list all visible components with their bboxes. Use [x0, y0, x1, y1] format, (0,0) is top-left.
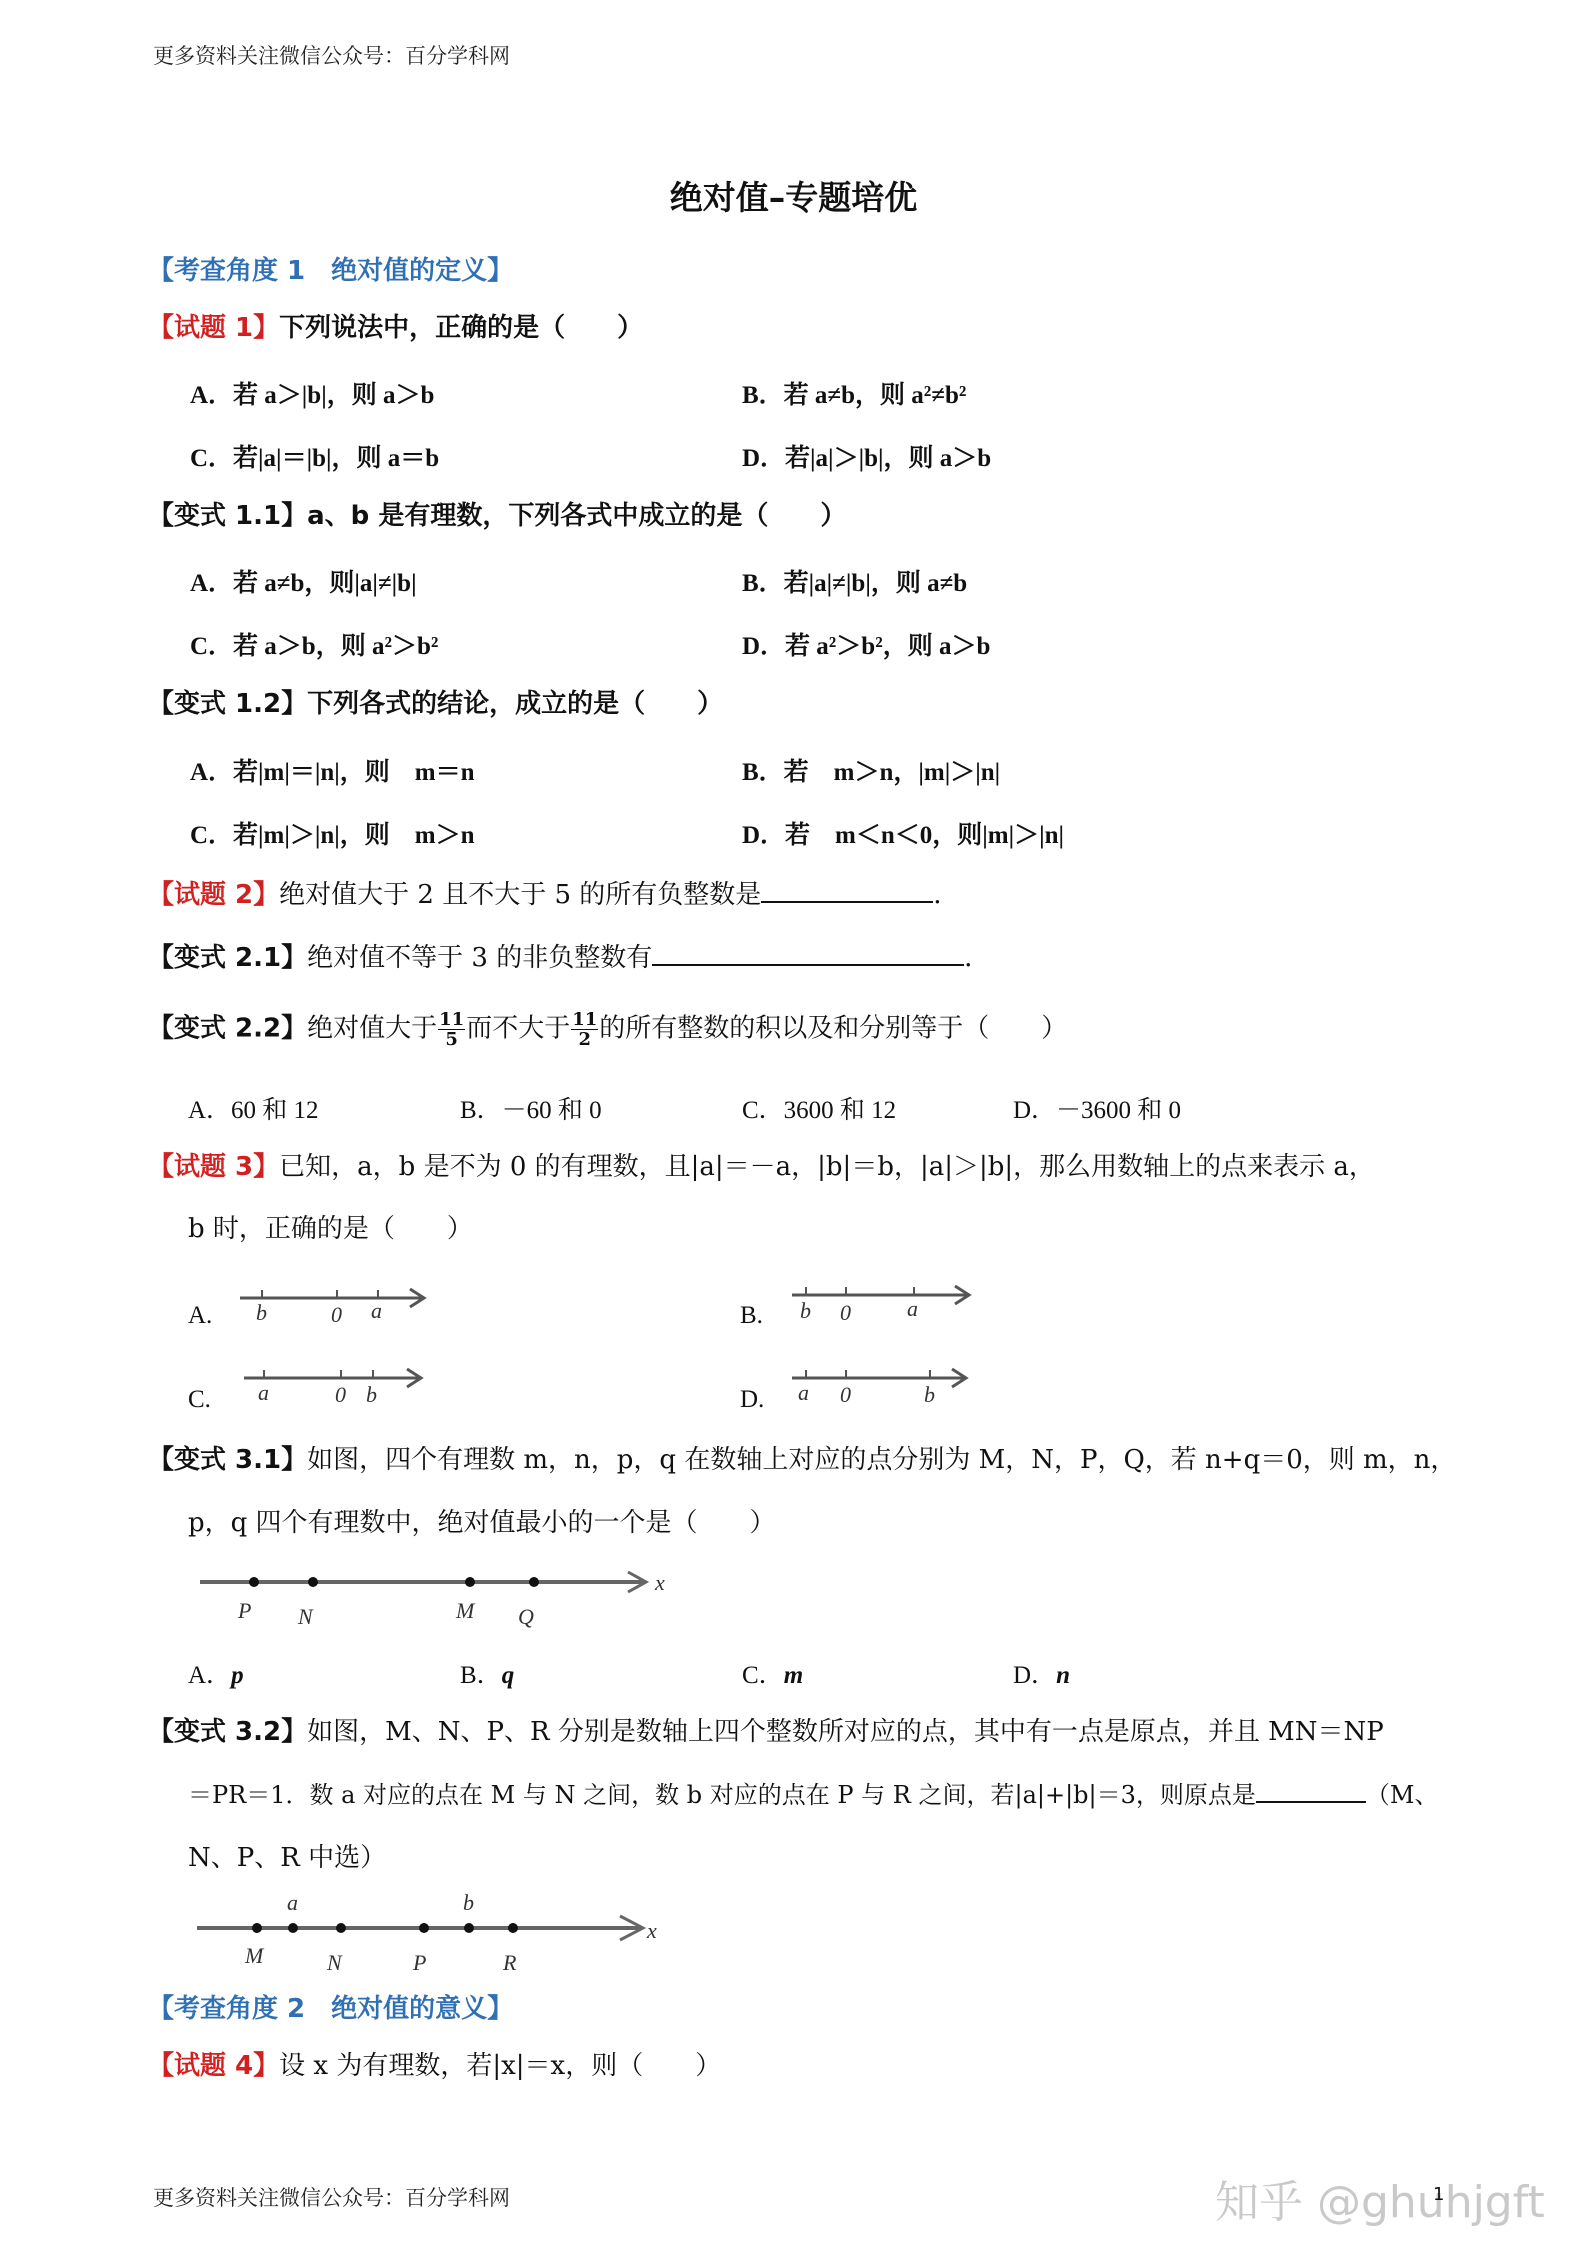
question-tag: 【变式 3.2】: [148, 1717, 307, 1747]
page-number: 1: [1433, 2184, 1444, 2205]
answer-blank[interactable]: [761, 877, 933, 903]
question-stem: 设 x 为有理数，若|x|＝x，则（ ）: [279, 2051, 721, 2081]
page-header: 更多资料关注微信公众号：百分学科网: [153, 40, 510, 70]
option-d[interactable]: D．若 m＜n＜0，则|m|＞|n|: [742, 815, 1064, 851]
section-heading-2: 【考查角度 2 绝对值的意义】: [148, 1988, 513, 2025]
svg-text:M: M: [455, 1598, 476, 1623]
question-tag: 【试题 4】: [148, 2051, 279, 2081]
svg-text:N: N: [326, 1950, 343, 1975]
question-stem-line2: ＝PR＝1．数 a 对应的点在 M 与 N 之间，数 b 对应的点在 P 与 R…: [188, 1779, 1438, 1811]
option-b[interactable]: B．若 a≠b，则 a²≠b²: [742, 375, 966, 411]
fraction-11-5: 115: [438, 1010, 465, 1049]
question-stem-line2: p，q 四个有理数中，绝对值最小的一个是（ ）: [188, 1507, 776, 1539]
option-c[interactable]: C．若|a|＝|b|，则 a＝b: [190, 438, 439, 474]
option-d[interactable]: D．若|a|＞|b|，则 a＞b: [742, 438, 991, 474]
option-a-label[interactable]: A.: [188, 1302, 212, 1330]
question-stem: 下列各式的结论，成立的是（ ）: [307, 689, 723, 719]
option-c[interactable]: C．若 a＞b，则 a²＞b²: [190, 626, 438, 662]
question-1: 【试题 1】下列说法中，正确的是（ ）: [148, 312, 643, 344]
question-stem: a、b 是有理数，下列各式中成立的是（ ）: [307, 501, 846, 531]
question-stem-line3: N、P、R 中选）: [188, 1842, 386, 1874]
stem-part: 而不大于: [466, 1014, 570, 1044]
option-b[interactable]: B．若|a|≠|b|，则 a≠b: [742, 563, 967, 599]
page-title: 绝对值–专题培优: [0, 172, 1587, 219]
variant-3-2: 【变式 3.2】如图，M、N、P、R 分别是数轴上四个整数所对应的点，其中有一点…: [148, 1716, 1384, 1748]
svg-text:a: a: [907, 1296, 918, 1321]
option-c-label[interactable]: C.: [188, 1386, 211, 1414]
variant-1-2: 【变式 1.2】下列各式的结论，成立的是（ ）: [148, 688, 723, 720]
option-a[interactable]: A．若 a＞|b|，则 a＞b: [190, 375, 434, 411]
svg-text:a: a: [258, 1380, 269, 1405]
option-a[interactable]: A．p: [188, 1655, 244, 1691]
variant-2-2: 【变式 2.2】绝对值大于115而不大于112的所有整数的积以及和分别等于（ ）: [148, 1010, 1067, 1049]
option-b[interactable]: B．若 m＞n，|m|＞|n|: [742, 752, 1000, 788]
watermark: 知乎 @ghuhjgft: [1215, 2166, 1545, 2230]
svg-text:b: b: [800, 1298, 811, 1323]
number-line-mnpq: x P N M Q: [198, 1560, 688, 1630]
svg-text:N: N: [297, 1604, 314, 1629]
svg-text:Q: Q: [518, 1604, 534, 1629]
variant-3-1: 【变式 3.1】如图，四个有理数 m，n，p，q 在数轴上对应的点分别为 M，N…: [148, 1444, 1456, 1476]
option-c[interactable]: C．若|m|＞|n|，则 m＞n: [190, 815, 475, 851]
option-d[interactable]: D．若 a²＞b²，则 a＞b: [742, 626, 990, 662]
question-tag: 【变式 2.1】: [148, 943, 307, 973]
question-tag: 【变式 1.1】: [148, 501, 307, 531]
variant-1-1: 【变式 1.1】a、b 是有理数，下列各式中成立的是（ ）: [148, 500, 846, 532]
svg-text:b: b: [924, 1382, 935, 1407]
page-footer: 更多资料关注微信公众号：百分学科网: [153, 2182, 510, 2212]
svg-text:b: b: [463, 1890, 474, 1915]
answer-blank[interactable]: [1256, 1779, 1366, 1803]
question-tag: 【试题 3】: [148, 1152, 279, 1182]
number-line-d[interactable]: a 0 b: [790, 1350, 990, 1410]
question-2: 【试题 2】绝对值大于 2 且不大于 5 的所有负整数是．: [148, 877, 959, 911]
option-c[interactable]: C．3600 和 12: [742, 1090, 896, 1126]
option-a[interactable]: A．若|m|＝|n|，则 m＝n: [190, 752, 475, 788]
answer-blank[interactable]: [652, 940, 964, 966]
svg-text:0: 0: [335, 1382, 346, 1407]
period: ．: [964, 943, 990, 973]
option-a[interactable]: A．若 a≠b，则|a|≠|b|: [190, 563, 417, 599]
question-4: 【试题 4】设 x 为有理数，若|x|＝x，则（ ）: [148, 2050, 721, 2082]
svg-text:b: b: [366, 1382, 377, 1407]
question-stem: 绝对值大于 2 且不大于 5 的所有负整数是: [279, 880, 761, 910]
option-d-label[interactable]: D.: [740, 1386, 764, 1414]
period: ．: [933, 880, 959, 910]
question-stem-line1: 如图，M、N、P、R 分别是数轴上四个整数所对应的点，其中有一点是原点，并且 M…: [307, 1717, 1384, 1747]
stem-part: 绝对值大于: [307, 1014, 437, 1044]
question-stem: 下列说法中，正确的是（ ）: [279, 313, 643, 343]
question-stem-line1: 如图，四个有理数 m，n，p，q 在数轴上对应的点分别为 M，N，P，Q，若 n…: [307, 1445, 1456, 1475]
question-tag: 【变式 3.1】: [148, 1445, 307, 1475]
option-c[interactable]: C．m: [742, 1655, 803, 1691]
option-a[interactable]: A．60 和 12: [188, 1090, 319, 1126]
option-d[interactable]: D．n: [1013, 1655, 1070, 1691]
svg-text:M: M: [244, 1943, 265, 1968]
svg-text:0: 0: [331, 1302, 342, 1327]
number-line-c[interactable]: a 0 b: [242, 1350, 442, 1410]
option-b[interactable]: B．q: [460, 1655, 514, 1691]
svg-text:a: a: [287, 1890, 298, 1915]
variant-2-1: 【变式 2.1】绝对值不等于 3 的非负整数有．: [148, 940, 990, 974]
number-line-mnpr: a b x M N P R: [195, 1888, 665, 1978]
section-heading-1: 【考查角度 1 绝对值的定义】: [148, 250, 513, 287]
question-tag: 【变式 2.2】: [148, 1014, 307, 1044]
question-tag: 【试题 2】: [148, 880, 279, 910]
svg-text:x: x: [646, 1918, 657, 1943]
svg-text:0: 0: [840, 1300, 851, 1325]
svg-text:P: P: [237, 1598, 251, 1623]
svg-text:0: 0: [840, 1382, 851, 1407]
question-stem-line2: b 时，正确的是（ ）: [188, 1213, 473, 1245]
svg-text:P: P: [412, 1950, 426, 1975]
svg-text:a: a: [371, 1298, 382, 1323]
number-line-a[interactable]: b 0 a: [238, 1270, 438, 1330]
option-d[interactable]: D．－3600 和 0: [1013, 1090, 1181, 1126]
question-tag: 【试题 1】: [148, 313, 279, 343]
question-tag: 【变式 1.2】: [148, 689, 307, 719]
option-b[interactable]: B．－60 和 0: [460, 1090, 602, 1126]
svg-text:R: R: [502, 1950, 517, 1975]
point-b: b: [256, 1300, 267, 1325]
stem-part: 的所有整数的积以及和分别等于（ ）: [599, 1014, 1067, 1044]
number-line-b[interactable]: b 0 a: [790, 1270, 990, 1330]
question-stem-line1: 已知，a，b 是不为 0 的有理数，且|a|＝－a，|b|＝b，|a|＞|b|，…: [279, 1152, 1375, 1182]
question-stem: 绝对值不等于 3 的非负整数有: [307, 943, 652, 973]
svg-text:a: a: [798, 1380, 809, 1405]
option-b-label[interactable]: B.: [740, 1302, 763, 1330]
question-3: 【试题 3】已知，a，b 是不为 0 的有理数，且|a|＝－a，|b|＝b，|a…: [148, 1151, 1375, 1183]
fraction-11-2: 112: [571, 1010, 598, 1049]
svg-text:x: x: [654, 1570, 665, 1595]
